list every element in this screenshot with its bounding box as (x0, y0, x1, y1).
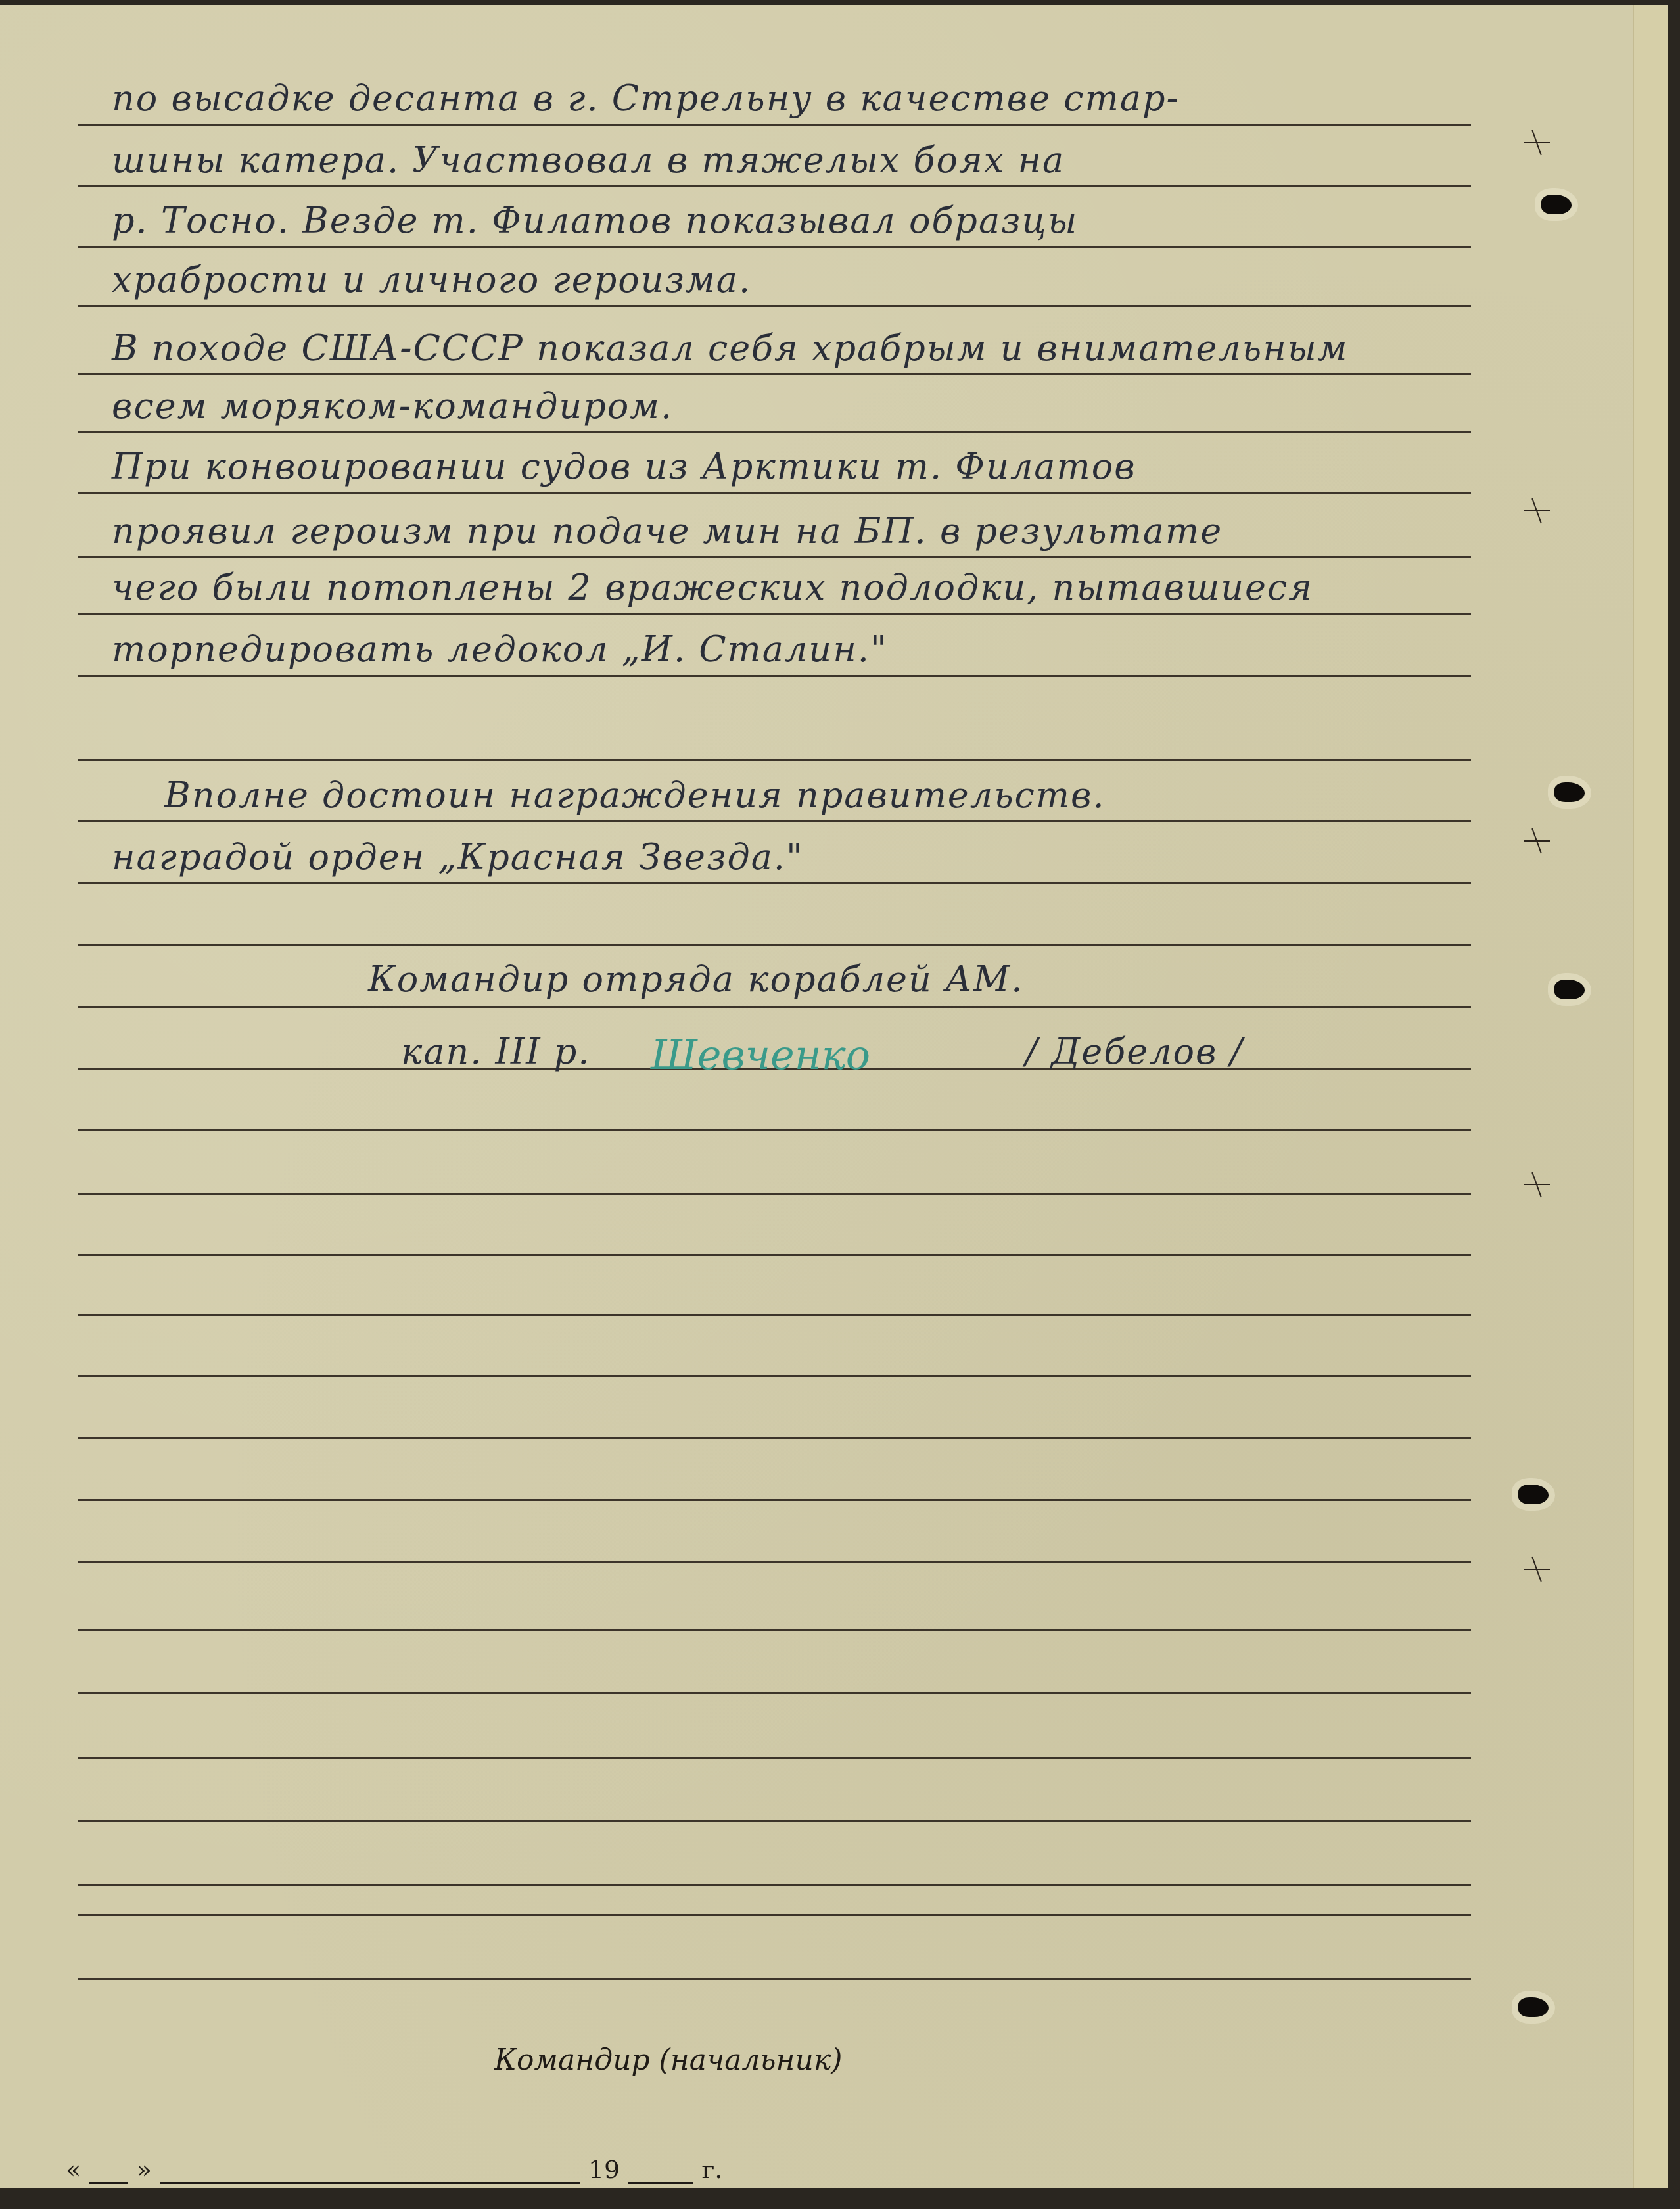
date-close-quote: » (136, 2155, 151, 2184)
handwritten-line: В походе США-СССР показал себя храбрым и… (112, 327, 1349, 369)
ruled-line (78, 1629, 1471, 1631)
ruled-line (78, 1692, 1471, 1694)
handwritten-line: по высадке десанта в г. Стрельну в качес… (112, 78, 1180, 119)
punch-hole-icon (1518, 1485, 1549, 1504)
day-blank (89, 2160, 128, 2184)
conclusion-line: Вполне достоин награждения правительств. (164, 774, 1106, 816)
ruled-line (78, 1314, 1471, 1316)
ruled-line (78, 944, 1471, 946)
ruled-line (78, 1499, 1471, 1501)
punch-hole-icon (1524, 1557, 1550, 1583)
punch-hole-icon (1524, 828, 1550, 855)
ruled-line (78, 185, 1471, 187)
punch-hole-icon (1554, 980, 1585, 999)
ruled-line (78, 1820, 1471, 1822)
month-blank (160, 2160, 580, 2184)
punch-hole-icon (1524, 130, 1550, 156)
ruled-line (78, 1757, 1471, 1759)
ruled-line (78, 1375, 1471, 1377)
ruled-line (78, 305, 1471, 307)
ruled-line (78, 1254, 1471, 1256)
handwritten-line: храбрости и личного героизма. (112, 259, 751, 300)
ruled-line (78, 675, 1471, 677)
handwritten-line: всем моряком-командиром. (112, 385, 673, 427)
signature-title: Командир отряда кораблей АМ. (368, 959, 1023, 1000)
ruled-line (78, 431, 1471, 433)
ruled-line (78, 820, 1471, 822)
handwritten-line: р. Тосно. Везде т. Филатов показывал обр… (112, 200, 1078, 241)
handwritten-line: торпедировать ледокол „И. Сталин." (112, 629, 888, 670)
punch-hole-icon (1554, 782, 1585, 802)
year-blank (628, 2160, 693, 2184)
ruled-line (78, 759, 1471, 761)
ruled-line (78, 246, 1471, 248)
ruled-line (78, 1129, 1471, 1131)
date-open-quote: « (66, 2155, 81, 2184)
ruled-line (78, 1006, 1471, 1008)
conclusion-line: наградой орден „Красная Звезда." (112, 836, 804, 878)
document-page: по высадке десанта в г. Стрельну в качес… (0, 5, 1667, 2188)
ruled-line (78, 1978, 1471, 1980)
punch-hole-icon (1518, 1997, 1549, 2017)
year-prefix: 19 (588, 2155, 620, 2184)
handwritten-line: шины катера. Участвовал в тяжелых боях н… (112, 139, 1065, 181)
signature-rank: кап. III р. (401, 1031, 590, 1072)
handwritten-line: чего были потоплены 2 вражеских подлодки… (112, 567, 1313, 608)
handwritten-line: проявил героизм при подаче мин на БП. в … (112, 510, 1223, 552)
ruled-line (78, 1561, 1471, 1563)
ruled-line (78, 124, 1471, 126)
ruled-line (78, 492, 1471, 494)
ruled-line (78, 1193, 1471, 1195)
punch-hole-icon (1524, 498, 1550, 525)
ruled-line (78, 373, 1471, 375)
signatory-name: / Дебелов / (1025, 1031, 1244, 1072)
ruled-line (78, 556, 1471, 558)
binding-margin (1633, 5, 1668, 2188)
commander-label: Командир (начальник) (494, 2043, 842, 2077)
ruled-line (78, 1884, 1471, 1886)
ruled-line (78, 1914, 1471, 1916)
punch-hole-icon (1524, 1172, 1550, 1199)
ruled-line (78, 613, 1471, 615)
year-suffix: г. (701, 2155, 722, 2184)
signature: Шевченко (651, 1031, 870, 1079)
date-field: « » 19 г. (66, 2155, 722, 2184)
ruled-line (78, 882, 1471, 884)
ruled-line (78, 1437, 1471, 1439)
handwritten-line: При конвоировании судов из Арктики т. Фи… (112, 446, 1136, 487)
punch-hole-icon (1541, 195, 1572, 214)
